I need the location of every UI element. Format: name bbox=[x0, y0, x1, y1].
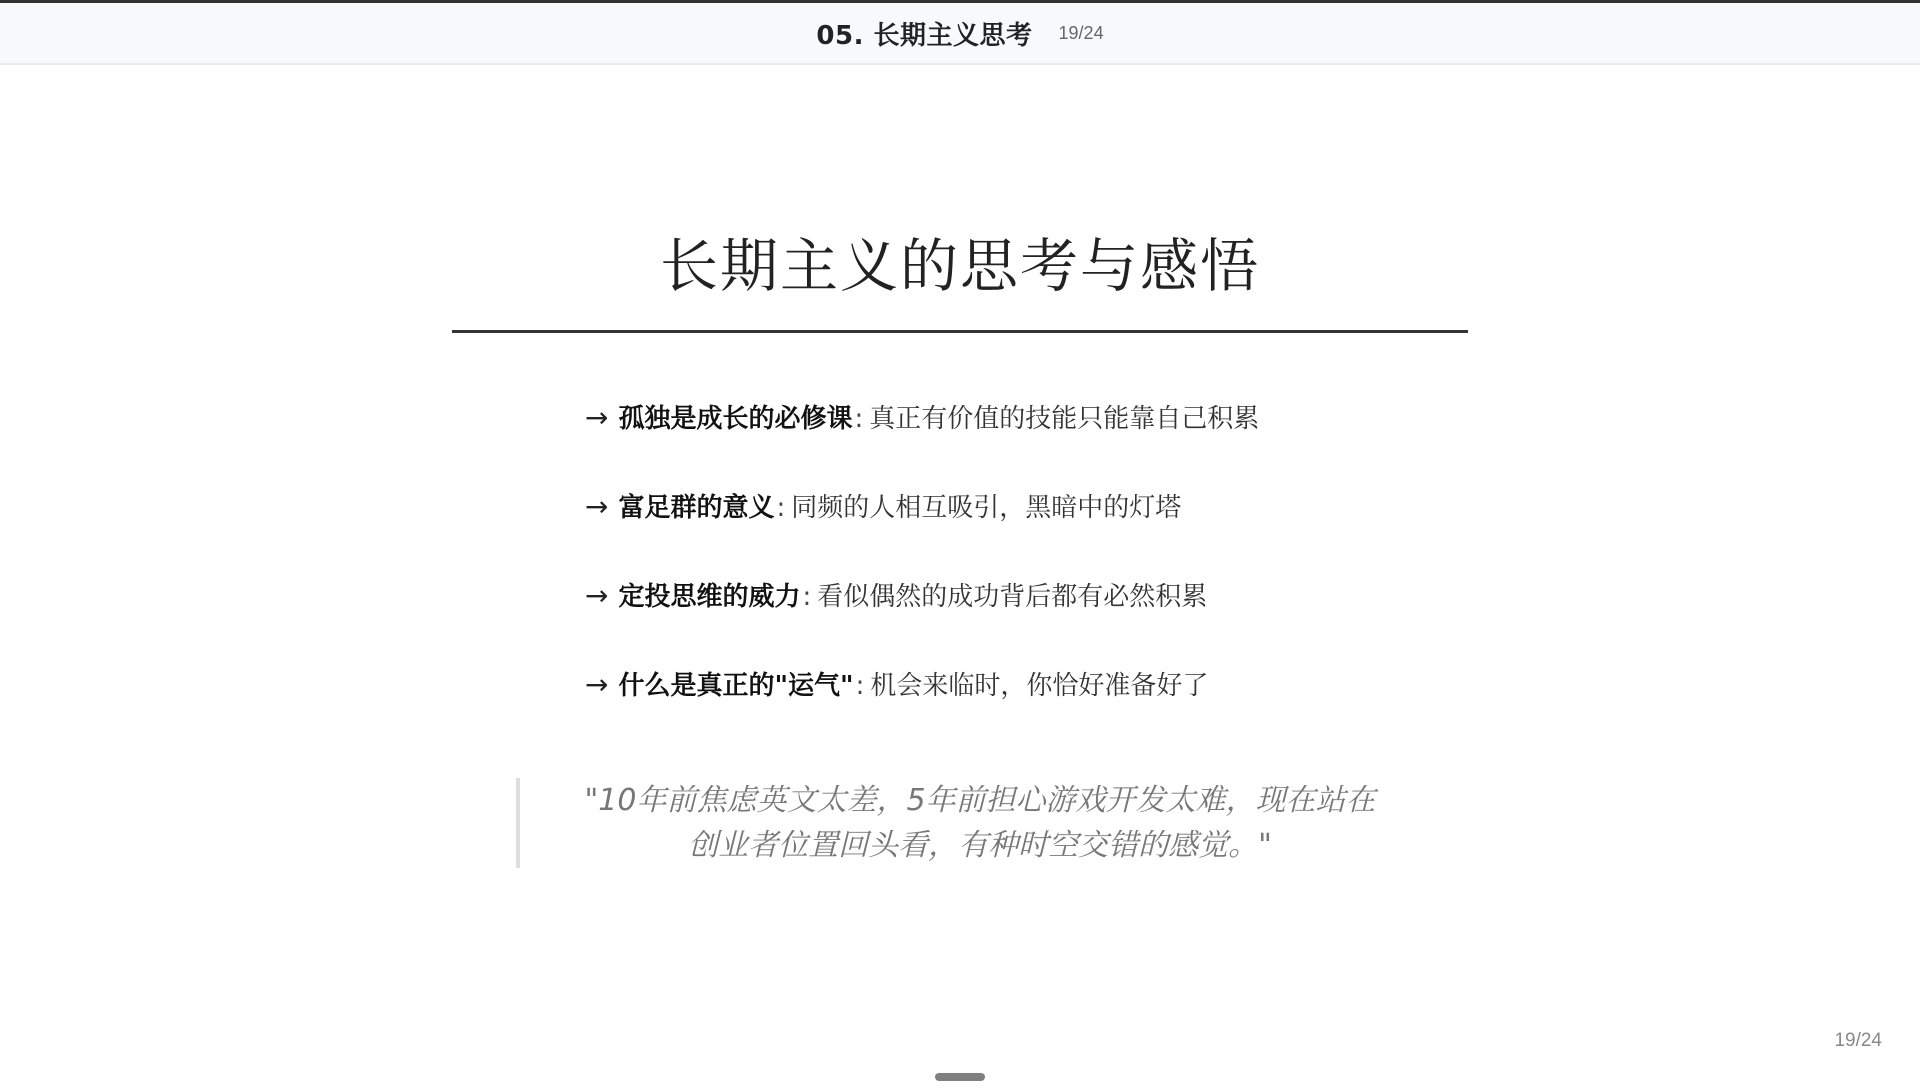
bullet-separator: : bbox=[854, 401, 863, 437]
quote-block: "10年前焦虑英文太差，5年前担心游戏开发太难，现在站在 创业者位置回头看，有种… bbox=[516, 778, 1420, 868]
bullet-key: 富足群的意义 bbox=[618, 490, 774, 526]
slide-title: 长期主义的思考与感悟 bbox=[0, 226, 1920, 306]
title-divider bbox=[452, 330, 1468, 333]
bullet-separator: : bbox=[802, 579, 811, 615]
bullet-key: 孤独是成长的必修课 bbox=[618, 401, 852, 437]
bullet-text: 机会来临时，你恰好准备好了 bbox=[870, 668, 1208, 704]
arrow-right-icon: → bbox=[585, 578, 608, 614]
arrow-right-icon: → bbox=[585, 400, 608, 436]
bullet-list: → 孤独是成长的必修课 : 真正有价值的技能只能靠自己积累 → 富足群的意义 :… bbox=[585, 400, 1485, 756]
header-page-indicator: 19/24 bbox=[1059, 23, 1104, 44]
slide-header: 05. 长期主义思考 19/24 bbox=[0, 3, 1920, 65]
bullet-item: → 孤独是成长的必修课 : 真正有价值的技能只能靠自己积累 bbox=[585, 400, 1485, 489]
bullet-text: 看似偶然的成功背后都有必然积累 bbox=[817, 579, 1207, 615]
bullet-item: → 定投思维的威力 : 看似偶然的成功背后都有必然积累 bbox=[585, 578, 1485, 667]
arrow-right-icon: → bbox=[585, 489, 608, 525]
bullet-key: 什么是真正的"运气" bbox=[618, 668, 853, 704]
section-title: 05. 长期主义思考 bbox=[816, 15, 1032, 52]
bullet-item: → 什么是真正的"运气" : 机会来临时，你恰好准备好了 bbox=[585, 667, 1485, 756]
quote-line-2: 创业者位置回头看，有种时空交错的感觉。" bbox=[540, 823, 1420, 868]
bullet-text: 同频的人相互吸引，黑暗中的灯塔 bbox=[791, 490, 1181, 526]
arrow-right-icon: → bbox=[585, 667, 608, 703]
bullet-text: 真正有价值的技能只能靠自己积累 bbox=[869, 401, 1259, 437]
bullet-separator: : bbox=[776, 490, 785, 526]
quote-line-1: "10年前焦虑英文太差，5年前担心游戏开发太难，现在站在 bbox=[540, 778, 1420, 823]
bullet-separator: : bbox=[856, 668, 865, 704]
bullet-key: 定投思维的威力 bbox=[618, 579, 800, 615]
bottom-drag-handle[interactable] bbox=[935, 1073, 985, 1081]
bullet-item: → 富足群的意义 : 同频的人相互吸引，黑暗中的灯塔 bbox=[585, 489, 1485, 578]
page-number: 19/24 bbox=[1834, 1030, 1882, 1052]
